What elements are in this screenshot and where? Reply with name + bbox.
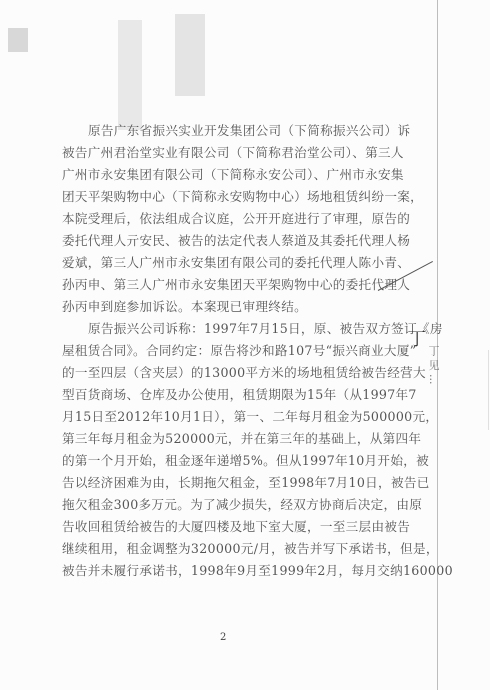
- scan-edge-line: [488, 350, 489, 430]
- text-line: 型百货商场、仓库及办公使用，租赁期限为15年（从1997年7: [62, 384, 432, 406]
- text-line: 被告广州君治堂实业有限公司（下简称君治堂公司）、第三人: [62, 142, 432, 164]
- page-number: 2: [220, 632, 226, 643]
- scan-noise: [118, 20, 142, 130]
- text-line: 原告振兴公司诉称：1997年7月15日，原、被告双方签订《房: [62, 318, 432, 340]
- text-line: 告收回租赁给被告的大厦四楼及地下室大厦，一至三层由被告: [62, 516, 432, 538]
- text-line: 告以经济困难为由，长期拖欠租金，至1998年7月10日，被告已: [62, 472, 432, 494]
- document-body: 原告广东省振兴实业开发集团公司（下简称振兴公司）诉 被告广州君治堂实业有限公司（…: [62, 120, 432, 582]
- handwritten-annotation: 丁 见 ...: [425, 345, 441, 384]
- text-line: 第三年每月租金为520000元，并在第三年的基础上，从第四年: [62, 428, 432, 450]
- text-line: 的第一个月开始，租金逐年递增5%。但从1997年10月开始，被: [62, 450, 432, 472]
- text-line: 团天平架购物中心（下简称永安购物中心）场地租赁纠纷一案，: [62, 186, 432, 208]
- handwritten-mark: 丁: [408, 325, 426, 351]
- scanned-document-page: 原告广东省振兴实业开发集团公司（下简称振兴公司）诉 被告广州君治堂实业有限公司（…: [0, 0, 490, 690]
- scan-noise: [8, 28, 28, 52]
- text-line: 拖欠租金300多万元。为了减少损失，经双方协商后决定，由原: [62, 494, 432, 516]
- text-line: 屋租赁合同》。合同约定：原告将沙和路107号“振兴商业大厦”: [62, 340, 432, 362]
- text-line: 的一至四层（含夹层）的13000平方米的场地租赁给被告经营大: [62, 362, 432, 384]
- text-line: 广州市永安集团有限公司（下简称永安公司）、广州市永安集: [62, 164, 432, 186]
- scan-noise: [175, 14, 205, 96]
- text-line: 爱斌，第三人广州市永安集团有限公司的委托代理人陈小青、: [62, 252, 432, 274]
- text-line: 本院受理后，依法组成合议庭，公开开庭进行了审理，原告的: [62, 208, 432, 230]
- text-line: 月15日至2012年10月1日），第一、二年每月租金为500000元，: [62, 406, 432, 428]
- text-line: 孙丙申到庭参加诉讼。本案现已审理终结。: [62, 296, 432, 318]
- text-line: 孙丙申、第三人广州市永安集团天平架购物中心的委托代理人: [62, 274, 432, 296]
- text-line: 被告并未履行承诺书，1998年9月至1999年2月，每月交纳160000: [62, 560, 432, 582]
- text-line: 委托代理人亓安民、被告的法定代表人蔡道及其委托代理人杨: [62, 230, 432, 252]
- text-line: 原告广东省振兴实业开发集团公司（下简称振兴公司）诉: [62, 120, 432, 142]
- text-line: 继续租用，租金调整为320000元/月，被告并写下承诺书，但是，: [62, 538, 432, 560]
